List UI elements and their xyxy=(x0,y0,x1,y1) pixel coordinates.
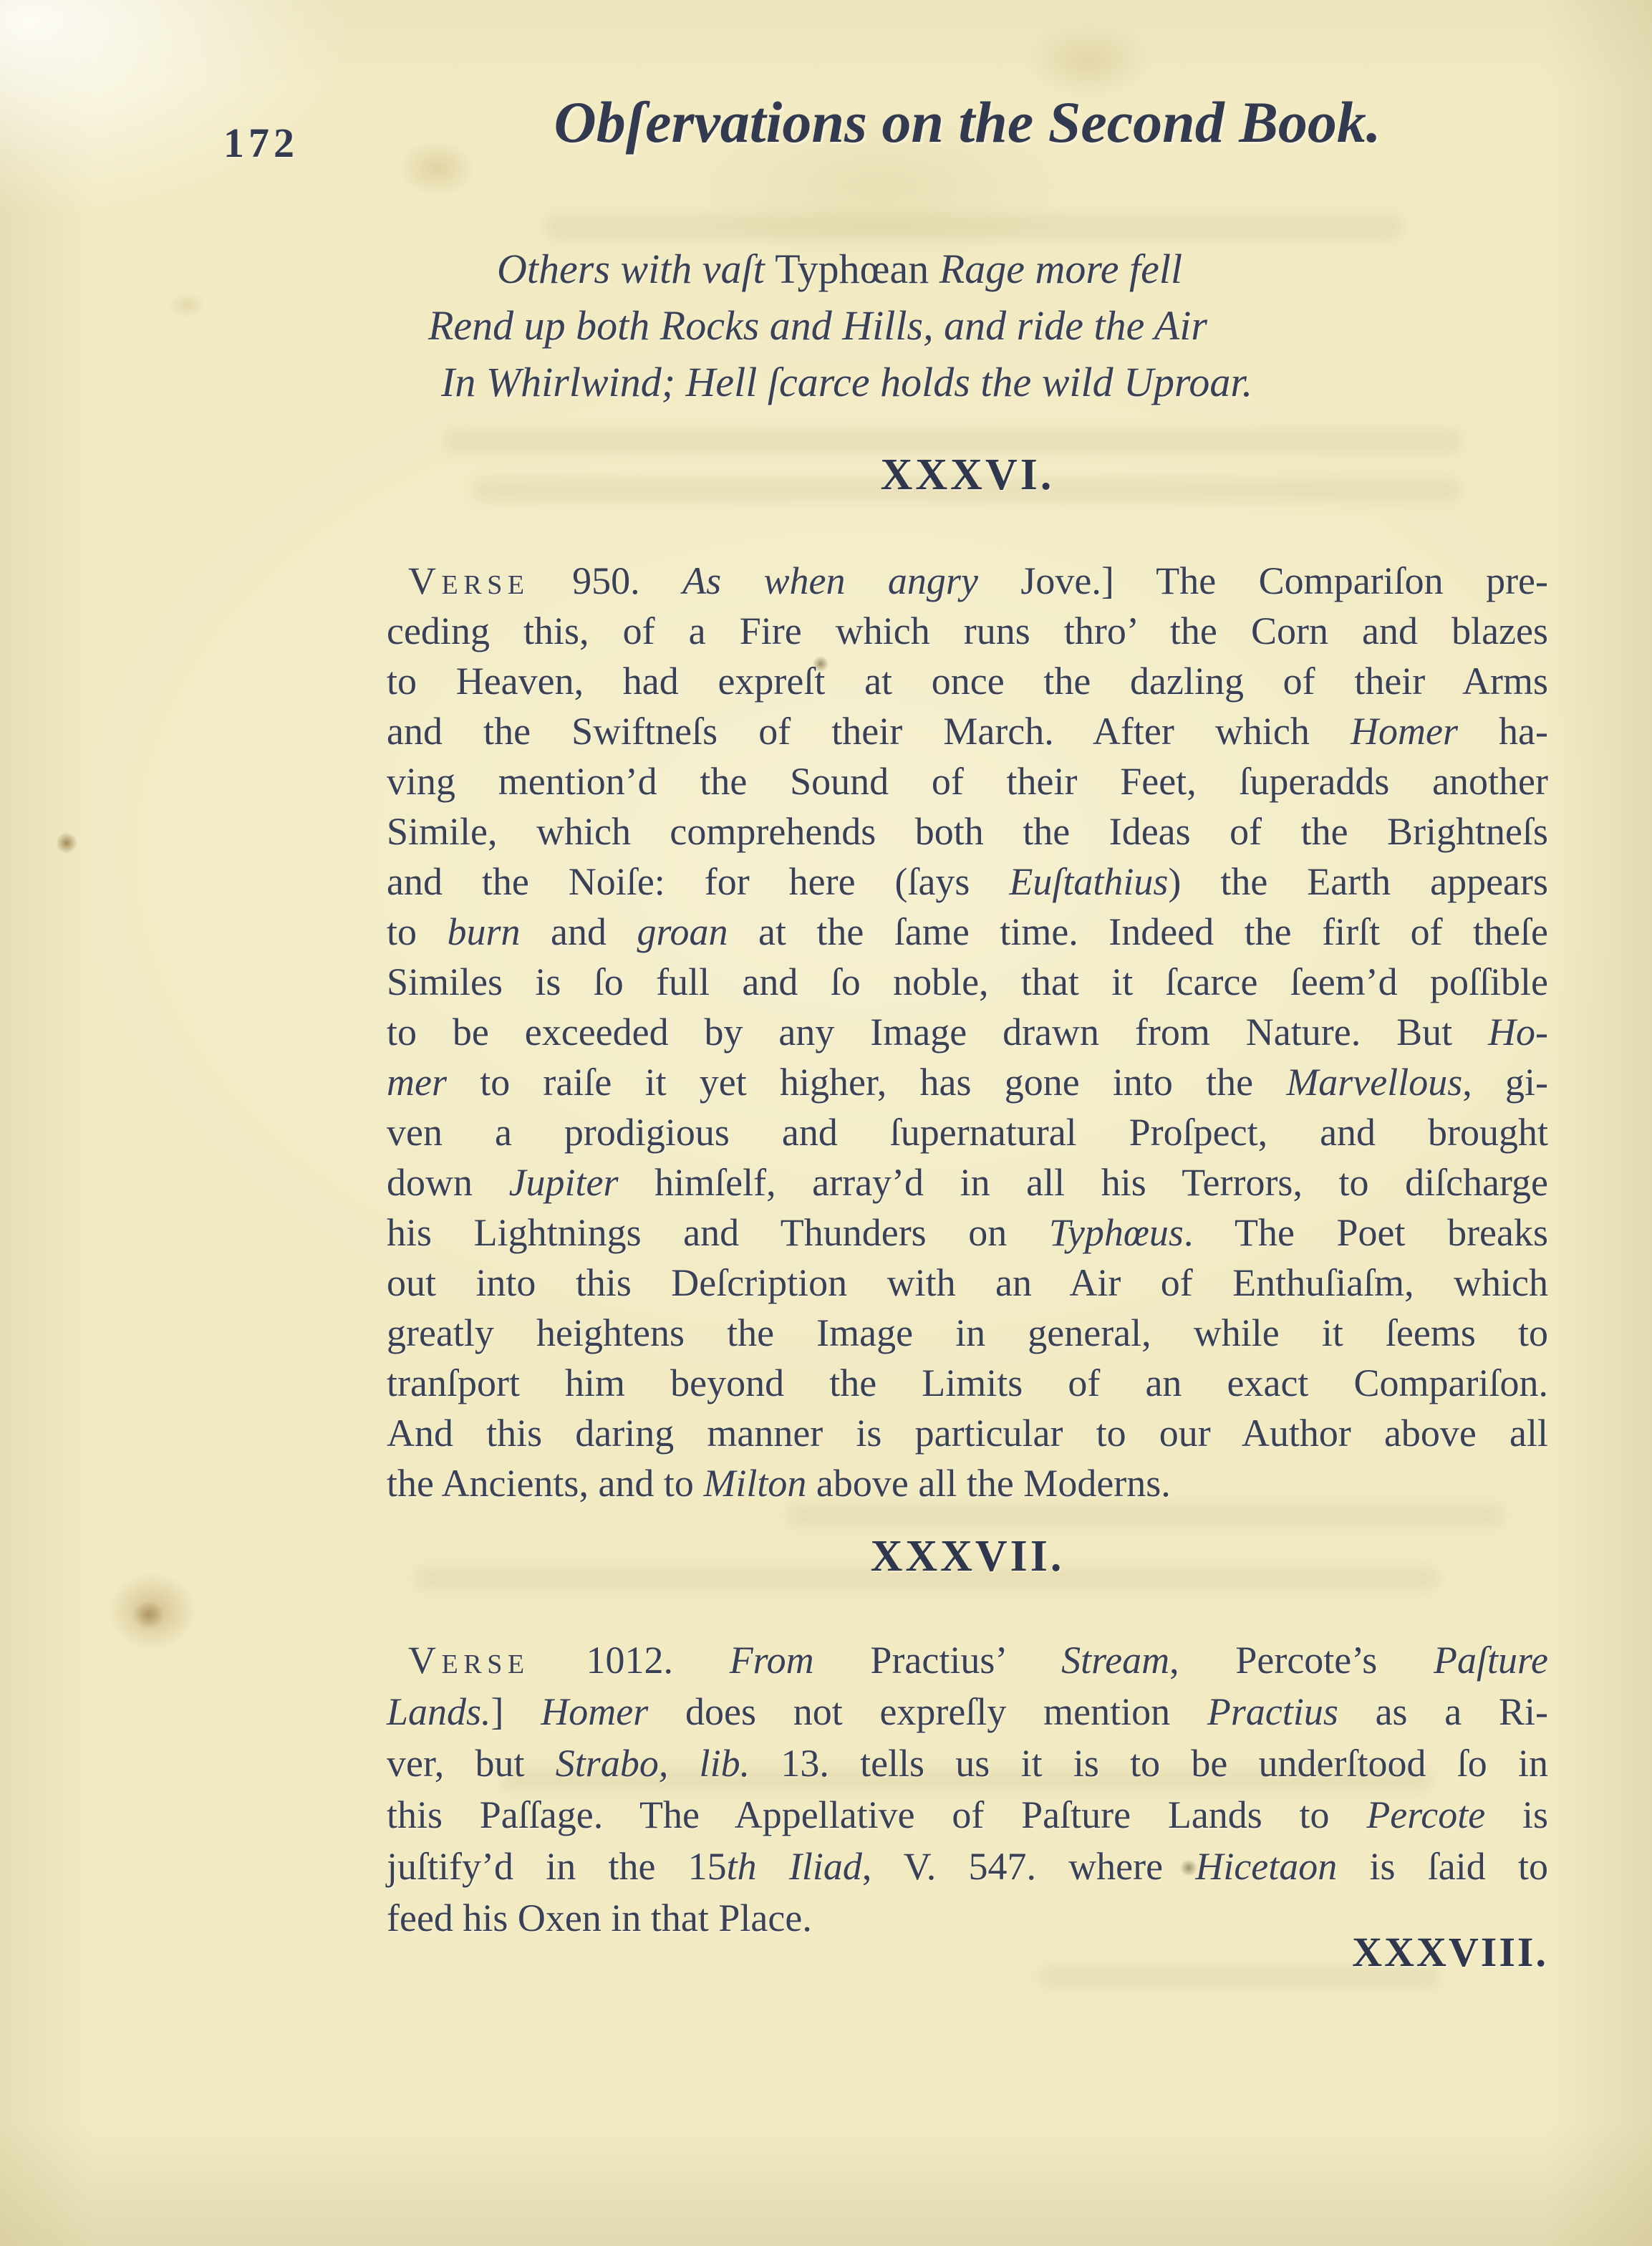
text-segment: Practius’ xyxy=(870,1639,1061,1682)
text-segment: Lands. xyxy=(387,1690,491,1733)
text-line: this Paſſage. The Appellative of Paſture… xyxy=(387,1789,1548,1841)
text-segment: is ſaid to xyxy=(1337,1845,1548,1888)
catchword: XXXVIII. xyxy=(387,1928,1548,1976)
verse-quote: Others with vaſt Typhœan Rage more fellR… xyxy=(428,241,1524,410)
text-segment: out into this Deſcription with an Air of… xyxy=(387,1261,1548,1304)
text-line: mer to raiſe it yet higher, has gone int… xyxy=(387,1057,1548,1107)
text-segment: th Iliad xyxy=(727,1845,862,1888)
text-line: out into this Deſcription with an Air of… xyxy=(387,1258,1548,1308)
text-segment: Verse xyxy=(408,559,530,602)
text-segment: to xyxy=(387,910,448,953)
text-segment: ceding this, of a Fire which runs thro’ … xyxy=(387,609,1548,652)
text-segment: as a Ri- xyxy=(1338,1690,1548,1733)
text-segment: ha- xyxy=(1458,710,1548,753)
text-segment: , V. 547. where xyxy=(862,1845,1195,1888)
text-segment: Verse xyxy=(408,1639,530,1682)
section-paragraph-xxxvi: Verse 950. As when angry Jove.] The Comp… xyxy=(387,556,1548,1508)
text-line: Simile, which comprehends both the Ideas… xyxy=(387,806,1548,857)
section-heading-xxxvii: XXXVII. xyxy=(387,1531,1548,1582)
text-segment: Percote xyxy=(1366,1793,1485,1836)
text-segment: to Heaven, had expreſt at once the dazli… xyxy=(387,660,1548,703)
running-title: Obſervations on the Second Book. xyxy=(387,89,1548,156)
text-segment: Typhœan xyxy=(775,246,939,292)
text-segment: does not expreſly mention xyxy=(648,1690,1207,1733)
page-number: 172 xyxy=(223,119,299,167)
text-segment: and the Noiſe: for here (ſays xyxy=(387,860,1009,903)
text-line: his Lightnings and Thunders on Typhœus. … xyxy=(387,1208,1548,1258)
text-line: and the Noiſe: for here (ſays Euſtathius… xyxy=(387,857,1548,907)
text-segment: tranſport him beyond the Limits of an ex… xyxy=(387,1361,1548,1404)
text-line: down Jupiter himſelf, array’d in all his… xyxy=(387,1157,1548,1208)
text-line: Others with vaſt Typhœan Rage more fell xyxy=(428,241,1524,297)
foxing-stain xyxy=(168,292,206,318)
text-segment: above all the Moderns. xyxy=(806,1462,1170,1505)
show-through-mark xyxy=(544,215,1404,239)
text-line: And this daring manner is particular to … xyxy=(387,1408,1548,1458)
text-segment: greatly heightens the Image in general, … xyxy=(387,1311,1548,1354)
text-line: ving mention’d the Sound of their Feet, … xyxy=(387,756,1548,806)
text-segment: ven a prodigious and ſupernatural Proſpe… xyxy=(387,1111,1548,1154)
text-segment: Euſtathius xyxy=(1009,860,1168,903)
text-segment: And this daring manner is particular to … xyxy=(387,1412,1548,1455)
text-segment: Marvellous xyxy=(1286,1061,1462,1104)
text-segment: . The Poet breaks xyxy=(1184,1211,1548,1254)
text-line: to burn and groan at the ſame time. Inde… xyxy=(387,907,1548,957)
section-paragraph-xxxvii: Verse 1012. From Practius’ Stream, Perco… xyxy=(387,1634,1548,1944)
text-line: juſtify’d in the 15th Iliad, V. 547. whe… xyxy=(387,1841,1548,1892)
text-segment: Stream xyxy=(1061,1639,1169,1682)
text-line: Verse 950. As when angry Jove.] The Comp… xyxy=(387,556,1548,606)
text-segment: , Percote’s xyxy=(1169,1639,1434,1682)
text-segment: Homer xyxy=(541,1690,648,1733)
text-segment: Simile, which comprehends both the Ideas… xyxy=(387,810,1548,853)
text-line: greatly heightens the Image in general, … xyxy=(387,1308,1548,1358)
book-page-scan: 172 Obſervations on the Second Book. Oth… xyxy=(0,0,1652,2246)
text-segment: to be exceeded by any Image drawn from N… xyxy=(387,1011,1488,1054)
text-segment: this Paſſage. The Appellative of Paſture… xyxy=(387,1793,1366,1836)
text-segment: 1012. xyxy=(530,1639,730,1682)
text-segment: Homer xyxy=(1351,710,1458,753)
text-segment: himſelf, array’d in all his Terrors, to … xyxy=(619,1161,1548,1204)
text-segment: burn xyxy=(448,910,521,953)
text-segment: and the Swiftneſs of their March. After … xyxy=(387,710,1351,753)
text-segment: Milton xyxy=(703,1462,806,1505)
text-segment: Strabo, lib. xyxy=(556,1742,750,1785)
text-segment: his Lightnings and Thunders on xyxy=(387,1211,1049,1254)
text-line: ven a prodigious and ſupernatural Proſpe… xyxy=(387,1107,1548,1157)
text-segment: Rend up both Rocks and Hills, and ride t… xyxy=(428,302,1207,349)
text-segment: , gi- xyxy=(1462,1061,1548,1104)
text-line: to be exceeded by any Image drawn from N… xyxy=(387,1007,1548,1057)
text-segment: Similes is ſo full and ſo noble, that it… xyxy=(387,960,1548,1003)
section-heading-xxxvi: XXXVI. xyxy=(387,450,1548,501)
text-line: Lands.] Homer does not expreſly mention … xyxy=(387,1686,1548,1737)
foxing-stain xyxy=(132,1601,165,1629)
text-segment: groan xyxy=(637,910,728,953)
text-line: tranſport him beyond the Limits of an ex… xyxy=(387,1358,1548,1408)
text-line: the Ancients, and to Milton above all th… xyxy=(387,1458,1548,1508)
text-line: Rend up both Rocks and Hills, and ride t… xyxy=(428,297,1524,354)
text-segment: As when angry xyxy=(682,559,1020,602)
text-segment: is xyxy=(1485,1793,1548,1836)
text-segment: mer xyxy=(387,1061,447,1104)
text-line: ver, but Strabo, lib. 13. tells us it is… xyxy=(387,1737,1548,1789)
text-line: Verse 1012. From Practius’ Stream, Perco… xyxy=(387,1634,1548,1686)
text-line: to Heaven, had expreſt at once the dazli… xyxy=(387,656,1548,706)
text-segment: ver, but xyxy=(387,1742,556,1785)
text-line: and the Swiftneſs of their March. After … xyxy=(387,706,1548,756)
foxing-stain xyxy=(56,832,77,854)
text-segment: Typhœus xyxy=(1049,1211,1184,1254)
text-segment: down xyxy=(387,1161,509,1204)
text-segment: ving mention’d the Sound of their Feet, … xyxy=(387,760,1548,803)
text-segment: Hicetaon xyxy=(1195,1845,1337,1888)
text-segment: From xyxy=(730,1639,871,1682)
text-segment: Jove.] The Compariſon pre- xyxy=(1020,559,1548,602)
text-segment: to raiſe it yet higher, has gone into th… xyxy=(447,1061,1286,1104)
text-segment: juſtify’d in the 15 xyxy=(387,1845,727,1888)
text-line: In Whirlwind; Hell ſcarce holds the wild… xyxy=(428,354,1524,410)
text-segment: Practius xyxy=(1207,1690,1338,1733)
text-segment: at the ſame time. Indeed the firſt of th… xyxy=(728,910,1548,953)
text-segment: Ho- xyxy=(1488,1011,1548,1054)
text-line: Similes is ſo full and ſo noble, that it… xyxy=(387,957,1548,1007)
text-segment: In Whirlwind; Hell ſcarce holds the wild… xyxy=(441,359,1252,405)
text-line: ceding this, of a Fire which runs thro’ … xyxy=(387,606,1548,656)
foxing-stain xyxy=(107,1572,197,1651)
text-segment: ] xyxy=(491,1690,541,1733)
text-segment: Paſture xyxy=(1434,1639,1548,1682)
text-segment: Others with vaſt xyxy=(497,246,775,292)
text-segment: Jupiter xyxy=(509,1161,619,1204)
text-segment: and xyxy=(521,910,637,953)
text-segment: 950. xyxy=(530,559,682,602)
text-segment: Rage more fell xyxy=(939,246,1182,292)
text-segment: ) the Earth appears xyxy=(1168,860,1548,903)
text-segment: the Ancients, and to xyxy=(387,1462,703,1505)
text-segment: 13. tells us it is to be underſtood ſo i… xyxy=(750,1742,1548,1785)
